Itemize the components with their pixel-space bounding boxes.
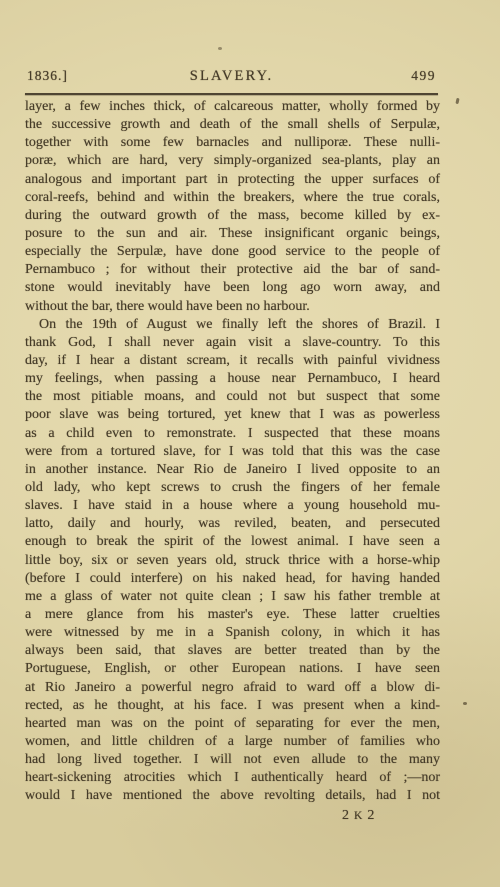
text-line: posure to the sun and air. These insigni… — [25, 225, 440, 243]
text-line: slaves. I have staid in a house where a … — [25, 497, 440, 515]
text-line: the successive growth and death of the s… — [25, 116, 440, 134]
text-line: enough to break the spirit of the lowest… — [25, 533, 440, 551]
signature-right: 2 — [367, 808, 375, 823]
ink-speck — [463, 702, 467, 705]
running-header: 1836.] SLAVERY. 499 — [25, 68, 438, 86]
text-line: were witnessed by me in a Spanish colony… — [25, 624, 440, 642]
text-line: layer, a few inches thick, of calcareous… — [25, 98, 440, 116]
text-line: heart-sickening atrocities which I authe… — [25, 769, 440, 787]
text-line: rected, as he thought, at his face. I wa… — [25, 697, 440, 715]
signature-mark: 2K2 — [25, 807, 440, 825]
text-line: together with some few barnacles and nul… — [25, 134, 440, 152]
text-line: Portuguese, English, or other European n… — [25, 660, 440, 678]
text-line: latto, daily and hourly, was reviled, be… — [25, 515, 440, 533]
text-line: stone would inevitably have been long ag… — [25, 279, 440, 297]
text-line: were from a tortured slave, for I was to… — [25, 443, 440, 461]
text-line: analogous and important part in protecti… — [25, 171, 440, 189]
text-line: poor slave was being tortured, yet knew … — [25, 406, 440, 424]
text-line: without the bar, there would have been n… — [25, 298, 440, 316]
text-line: hearted man was on the point of separati… — [25, 715, 440, 733]
text-line: my feelings, when passing a house near P… — [25, 370, 440, 388]
text-line: would I have mentioned the above revolti… — [25, 787, 440, 805]
text-line: had long lived together. I will not even… — [25, 751, 440, 769]
text-line: always been said, that slaves are better… — [25, 642, 440, 660]
header-title: SLAVERY. — [25, 68, 438, 85]
text-line: me a glass of water not quite clean ; I … — [25, 588, 440, 606]
text-line: especially the Serpulæ, have done good s… — [25, 243, 440, 261]
text-line: a mere glance from his master's eye. The… — [25, 606, 440, 624]
text-line: in another instance. Near Rio de Janeiro… — [25, 461, 440, 479]
ink-speck — [455, 98, 459, 104]
text-line: little boy, six or seven years old, stru… — [25, 552, 440, 570]
text-line: during the outward growth of the mass, b… — [25, 207, 440, 225]
text-line: the most pitiable moans, and could not b… — [25, 388, 440, 406]
text-line: as a child even to remonstrate. I suspec… — [25, 425, 440, 443]
text-line: coral-reefs, behind and within the break… — [25, 189, 440, 207]
text-line: Pernambuco ; for without their protectiv… — [25, 261, 440, 279]
text-line: thank God, I shall never again visit a s… — [25, 334, 440, 352]
header-page-number: 499 — [411, 68, 436, 84]
text-line: (before I could interfere) on his naked … — [25, 570, 440, 588]
text-line: On the 19th of August we finally left th… — [25, 316, 440, 334]
text-line: poræ, which are hard, very simply-organi… — [25, 152, 440, 170]
book-page: 1836.] SLAVERY. 499 layer, a few inches … — [0, 0, 500, 887]
text-line: at Rio Janeiro a powerful negro afraid t… — [25, 679, 440, 697]
ink-speck — [218, 47, 222, 50]
text-line: women, and little children of a large nu… — [25, 733, 440, 751]
signature-left: 2 — [342, 808, 350, 823]
body-text: layer, a few inches thick, of calcareous… — [25, 98, 440, 825]
text-line: day, if I hear a distant scream, it reca… — [25, 352, 440, 370]
text-line: old lady, who kept screws to crush the f… — [25, 479, 440, 497]
header-rule — [25, 93, 438, 95]
signature-letter: K — [354, 810, 363, 822]
